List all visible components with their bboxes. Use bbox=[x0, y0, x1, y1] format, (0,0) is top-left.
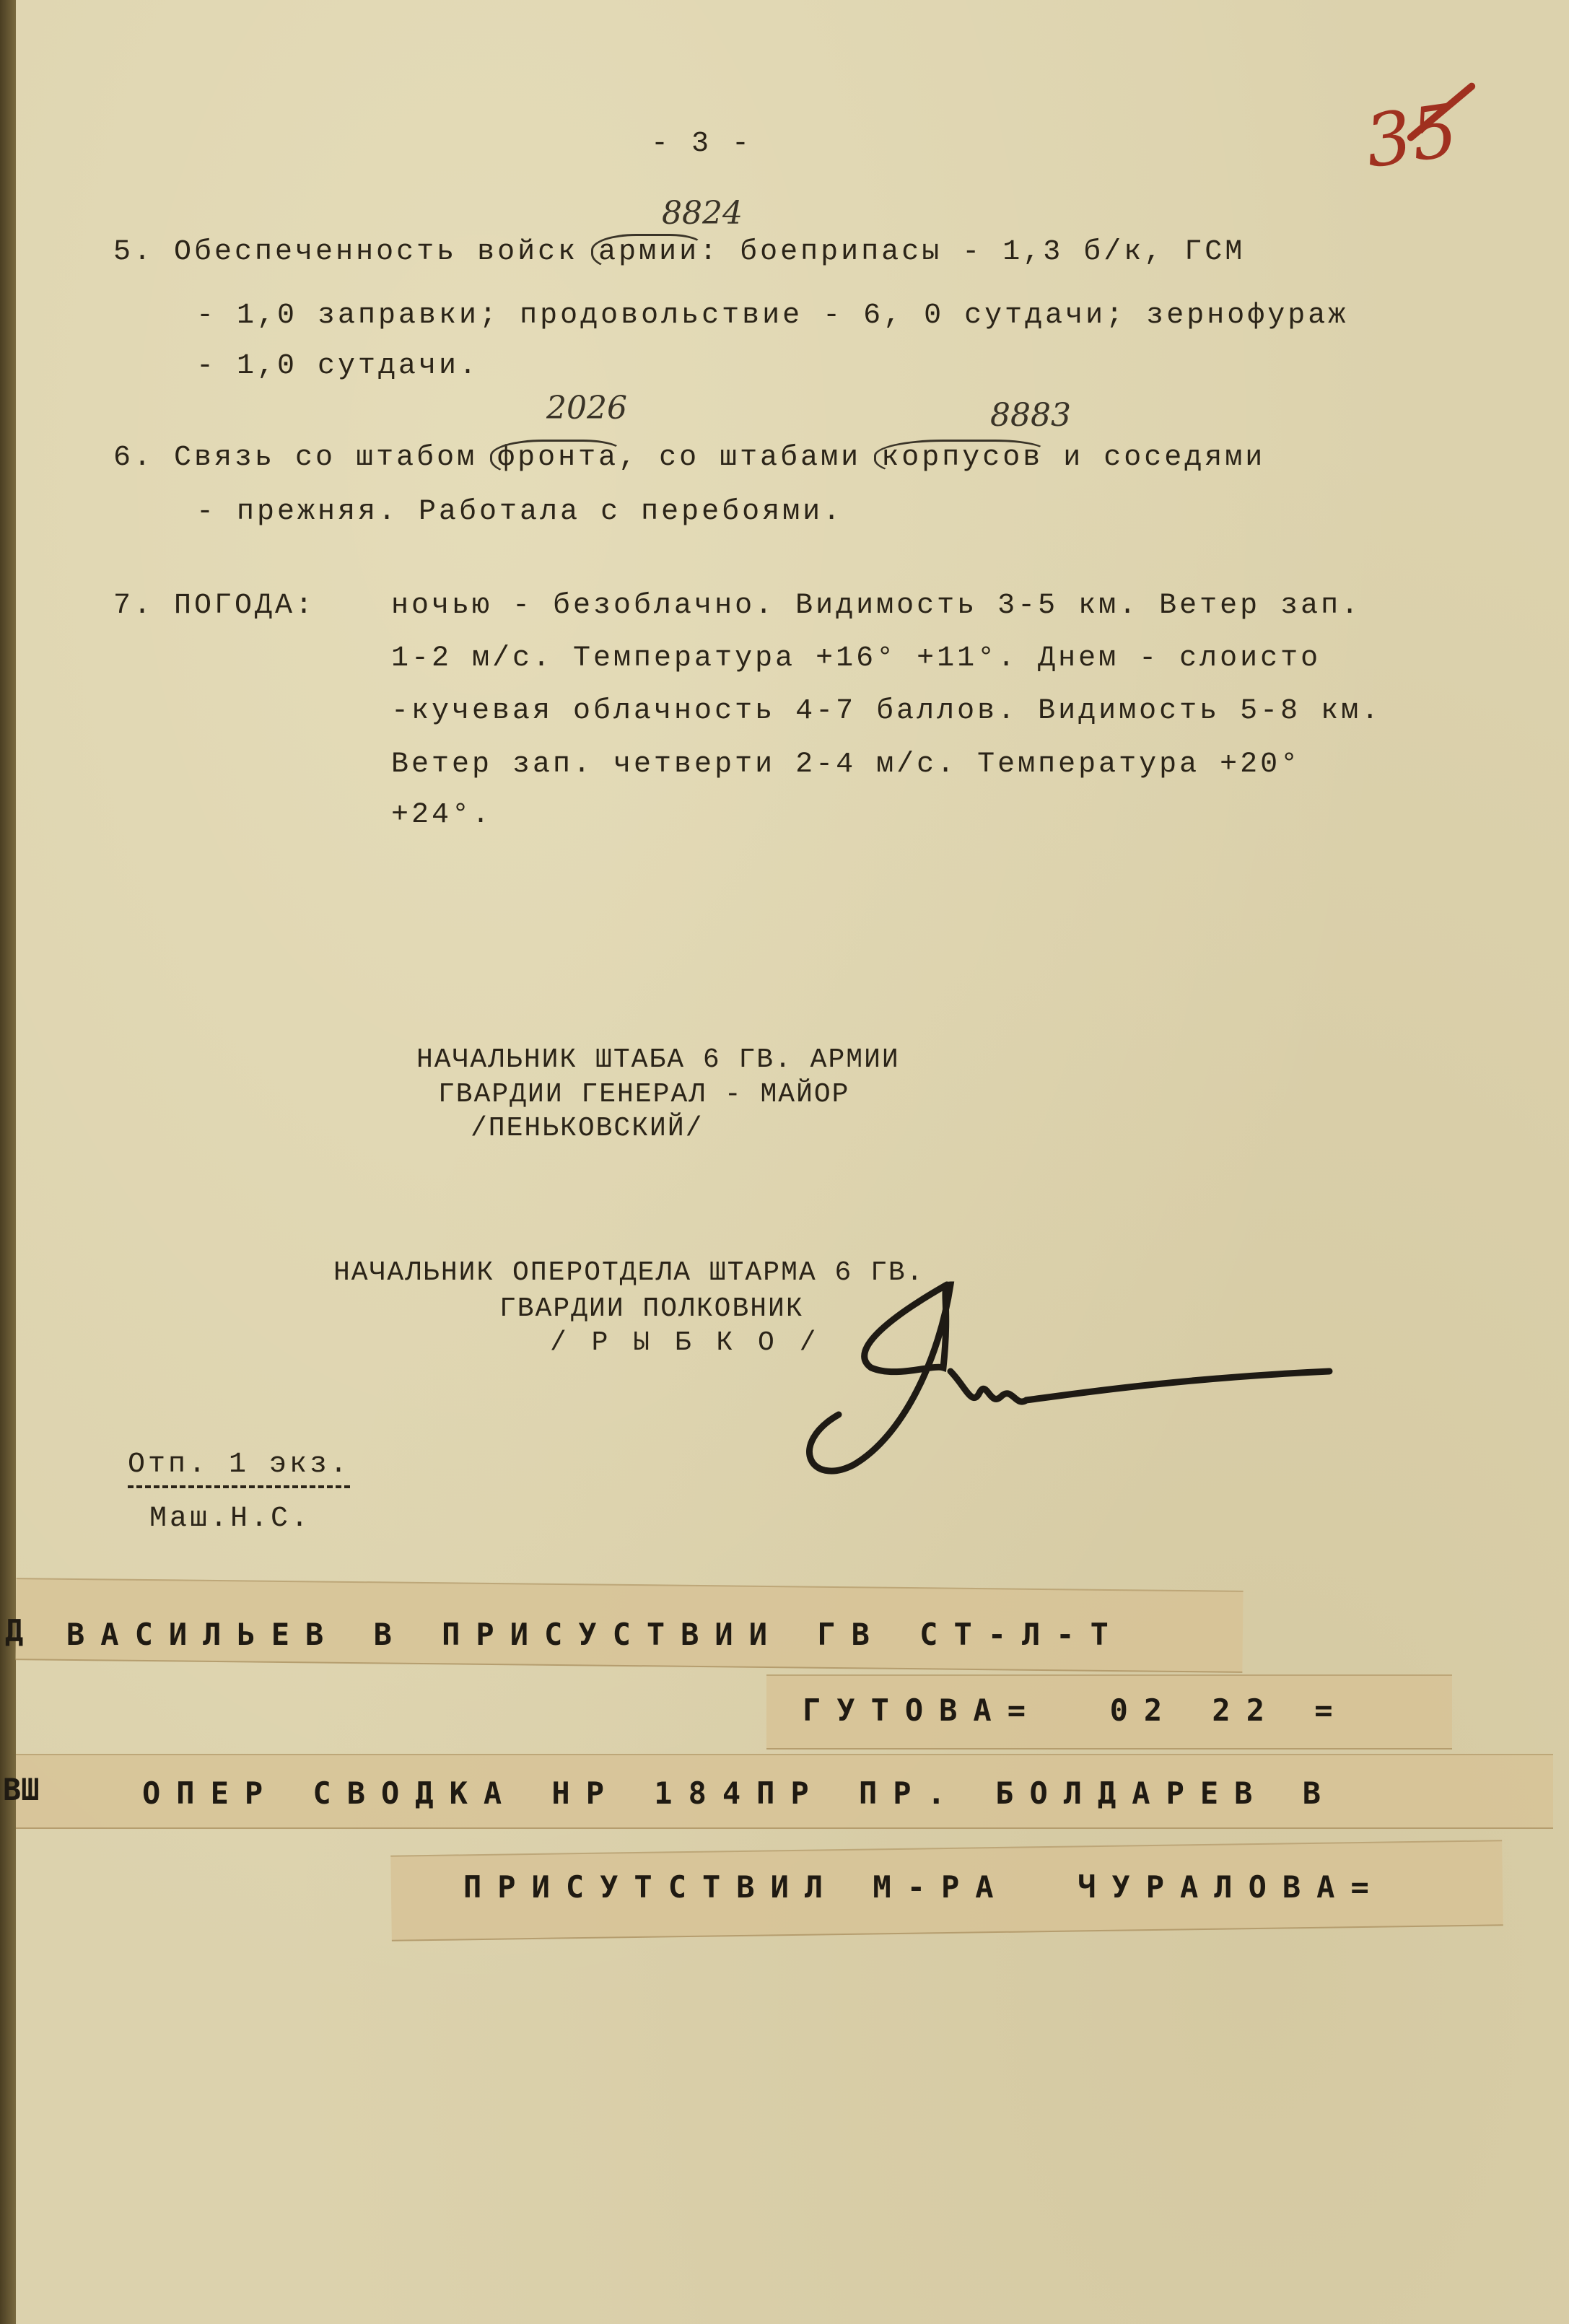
signatory-2-rank: ГВАРДИИ ПОЛКОВНИК bbox=[499, 1296, 804, 1323]
item-5-line-1: 5. Обеспеченность войск армии: боеприпас… bbox=[113, 238, 1245, 267]
item-5-line-3: - 1,0 сутдачи. bbox=[196, 352, 479, 381]
annotation-item5: 8824 bbox=[662, 195, 743, 232]
item-6-line-1: 6. Связь со штабом фронта, со штабами ко… bbox=[113, 444, 1265, 473]
circled-word: корпусов bbox=[881, 444, 1043, 473]
item-5-line-2: - 1,0 заправки; продовольствие - 6, 0 су… bbox=[196, 302, 1348, 331]
document-page: - 3 - 35 8824 5. Обеспеченность войск ар… bbox=[16, 0, 1569, 2324]
item-6-line-2: - прежняя. Работала с перебоями. bbox=[196, 498, 843, 527]
weather-line-4: Ветер зап. четверти 2-4 м/с. Температура… bbox=[391, 751, 1301, 779]
weather-line-5: +24°. bbox=[391, 801, 492, 830]
item-7-label: 7. ПОГОДА: bbox=[113, 592, 315, 621]
signatory-1-name: /ПЕНЬКОВСКИЙ/ bbox=[471, 1115, 703, 1143]
scan-edge bbox=[0, 0, 16, 2324]
item-number: 6. bbox=[113, 442, 154, 474]
circled-word: армии bbox=[598, 238, 699, 267]
signatory-1-title: НАЧАЛЬНИК ШТАБА 6 ГВ. АРМИИ bbox=[416, 1047, 900, 1074]
telegraph-line-3: ОПЕР СВОДКА НР 184ПР ПР. БОЛДАРЕВ В bbox=[142, 1775, 1337, 1811]
weather-line-2: 1-2 м/с. Температура +16° +11°. Днем - с… bbox=[391, 645, 1321, 673]
telegraph-line-1: ВАСИЛЬЕВ В ПРИСУСТВИИ ГВ СТ-Л-Т bbox=[66, 1617, 1124, 1652]
typist-initials: Маш.Н.С. bbox=[149, 1505, 311, 1534]
handwritten-signature bbox=[795, 1270, 1344, 1487]
telegraph-line-2: ГУТОВА= 02 22 = bbox=[803, 1692, 1349, 1728]
item-number: 5. bbox=[113, 236, 154, 268]
item-number: 7. bbox=[113, 590, 154, 622]
signatory-2-name: / Р Ы Б К О / bbox=[550, 1329, 820, 1357]
tape-prefix: Д bbox=[5, 1613, 23, 1648]
page-number: - 3 - bbox=[651, 130, 752, 159]
circled-word: фронта bbox=[497, 444, 619, 473]
telegraph-line-4: ПРИСУТСТВИЛ М-РА ЧУРАЛОВА= bbox=[463, 1869, 1385, 1905]
annotation-item6-a: 2026 bbox=[546, 390, 627, 427]
weather-line-3: -кучевая облачность 4-7 баллов. Видимост… bbox=[391, 697, 1381, 726]
signatory-1-rank: ГВАРДИИ ГЕНЕРАЛ - МАЙОР bbox=[438, 1081, 850, 1109]
copies-note: Отп. 1 экз. bbox=[128, 1451, 350, 1480]
weather-line-1: ночью - безоблачно. Видимость 3-5 км. Ве… bbox=[391, 592, 1361, 621]
annotation-item6-b: 8883 bbox=[990, 397, 1071, 434]
tape-prefix: ВШ bbox=[3, 1772, 40, 1807]
